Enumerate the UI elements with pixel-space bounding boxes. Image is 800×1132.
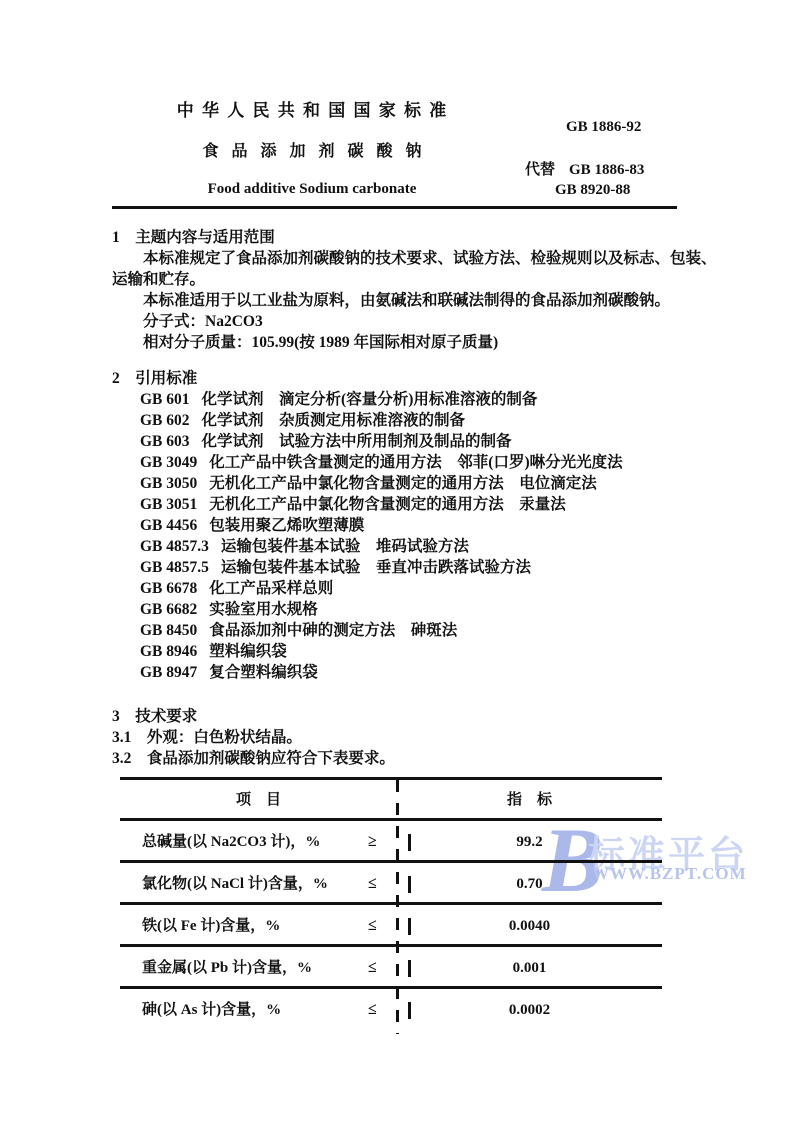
relation-symbol: ≤	[368, 947, 377, 989]
document-title-cn: 食 品 添 加 剂 碳 酸 钠	[112, 138, 512, 161]
reference-item: GB 6682实验室用水规格	[140, 599, 684, 620]
scope-line-1: 本标准规定了食品添加剂碳酸钠的技术要求、试验方法、检验规则以及标志、包装、	[112, 248, 684, 269]
reference-title: 包装用聚乙烯吹塑薄膜	[209, 517, 364, 534]
molecular-formula: 分子式：Na2CO3	[112, 311, 684, 332]
reference-title: 塑料编织袋	[209, 643, 287, 660]
reference-title: 无机化工产品中氯化物含量测定的通用方法 汞量法	[209, 496, 566, 513]
reference-code: GB 8450	[140, 622, 197, 639]
reference-item: GB 4456包装用聚乙烯吹塑薄膜	[140, 515, 684, 536]
reference-title: 运输包装件基本试验 堆码试验方法	[221, 538, 469, 555]
reference-title: 化工产品采样总则	[209, 580, 333, 597]
reference-title: 食品添加剂中砷的测定方法 砷斑法	[209, 622, 457, 639]
relation-symbol: ≤	[368, 989, 377, 1031]
reference-item: GB 603化学试剂 试验方法中所用制剂及制品的制备	[140, 431, 684, 452]
requirements-table: 项 目 指 标 总碱量(以 Na2CO3 计)，% ≥ 99.2 氯化物(以 N…	[120, 777, 662, 1034]
reference-code: GB 8947	[140, 664, 197, 681]
reference-code: GB 602	[140, 412, 190, 429]
reference-item: GB 602化学试剂 杂质测定用标准溶液的制备	[140, 410, 684, 431]
reference-code: GB 6678	[140, 580, 197, 597]
reference-item: GB 4857.3运输包装件基本试验 堆码试验方法	[140, 536, 684, 557]
index-value: 0.001	[397, 947, 662, 989]
item-name: 砷(以 As 计)含量，%	[142, 989, 281, 1031]
clause-3-1: 3.1 外观：白色粉状结晶。	[112, 727, 684, 748]
index-value: 0.70	[397, 863, 662, 905]
replaced-standard-number: GB 1886-83	[569, 162, 644, 178]
table-row: 总碱量(以 Na2CO3 计)，% ≥ 99.2	[120, 821, 662, 863]
reference-title: 化学试剂 杂质测定用标准溶液的制备	[202, 412, 466, 429]
item-name: 氯化物(以 NaCl 计)含量，%	[142, 863, 328, 905]
reference-title: 运输包装件基本试验 垂直冲击跌落试验方法	[221, 559, 531, 576]
column-header-index: 指 标	[397, 780, 662, 818]
reference-title: 化工产品中铁含量测定的通用方法 邻菲(口罗)啉分光光度法	[209, 454, 622, 471]
table-row: 氯化物(以 NaCl 计)含量，% ≤ 0.70	[120, 863, 662, 905]
reference-title: 实验室用水规格	[209, 601, 318, 618]
reference-title: 无机化工产品中氯化物含量测定的通用方法 电位滴定法	[209, 475, 597, 492]
reference-item: GB 8946塑料编织袋	[140, 641, 684, 662]
reference-code: GB 603	[140, 433, 190, 450]
reference-item: GB 6678化工产品采样总则	[140, 578, 684, 599]
reference-code: GB 4857.5	[140, 559, 209, 576]
relation-symbol: ≤	[368, 863, 377, 905]
header-rule	[112, 206, 677, 209]
reference-item: GB 8450食品添加剂中砷的测定方法 砷斑法	[140, 620, 684, 641]
secondary-standard-number: GB 8920-88	[555, 182, 630, 199]
item-name: 总碱量(以 Na2CO3 计)，%	[142, 821, 320, 863]
national-standard-title: 中 华 人 民 共 和 国 国 家 标 准	[112, 96, 512, 121]
reference-code: GB 8946	[140, 643, 197, 660]
item-name: 重金属(以 Pb 计)含量，%	[142, 947, 312, 989]
reference-code: GB 601	[140, 391, 190, 408]
table-row: 铁(以 Fe 计)含量，% ≤ 0.0040	[120, 905, 662, 947]
reference-code: GB 6682	[140, 601, 197, 618]
table-header-row: 项 目 指 标	[120, 780, 662, 821]
reference-code: GB 4456	[140, 517, 197, 534]
replaces-label: 代替	[525, 162, 555, 178]
reference-title: 化学试剂 滴定分析(容量分析)用标准溶液的制备	[202, 391, 538, 408]
reference-item: GB 3051无机化工产品中氯化物含量测定的通用方法 汞量法	[140, 494, 684, 515]
index-value: 0.0002	[397, 989, 662, 1031]
section-2-heading: 2 引用标准	[112, 368, 684, 389]
reference-item: GB 3050无机化工产品中氯化物含量测定的通用方法 电位滴定法	[140, 473, 684, 494]
index-value: 99.2	[397, 821, 662, 863]
reference-item: GB 4857.5运输包装件基本试验 垂直冲击跌落试验方法	[140, 557, 684, 578]
reference-code: GB 3051	[140, 496, 197, 513]
item-name: 铁(以 Fe 计)含量，%	[142, 905, 280, 947]
column-header-item: 项 目	[120, 780, 397, 818]
section-1-heading: 1 主题内容与适用范围	[112, 227, 684, 248]
reference-item: GB 8947复合塑料编织袋	[140, 662, 684, 683]
applicability-line: 本标准适用于以工业盐为原料，由氨碱法和联碱法制得的食品添加剂碳酸钠。	[112, 290, 684, 311]
relative-molar-mass: 相对分子质量：105.99(按 1989 年国际相对原子质量)	[112, 332, 684, 353]
table-row: 砷(以 As 计)含量，% ≤ 0.0002	[120, 989, 662, 1039]
index-value: 0.0040	[397, 905, 662, 947]
reference-code: GB 3049	[140, 454, 197, 471]
document-body: 1 主题内容与适用范围 本标准规定了食品添加剂碳酸钠的技术要求、试验方法、检验规…	[112, 227, 684, 769]
reference-title: 复合塑料编织袋	[209, 664, 318, 681]
clause-3-2: 3.2 食品添加剂碳酸钠应符合下表要求。	[112, 748, 684, 769]
scope-line-2: 运输和贮存。	[112, 269, 684, 290]
relation-symbol: ≥	[368, 821, 377, 863]
table-row: 重金属(以 Pb 计)含量，% ≤ 0.001	[120, 947, 662, 989]
reference-item: GB 3049化工产品中铁含量测定的通用方法 邻菲(口罗)啉分光光度法	[140, 452, 684, 473]
standard-number: GB 1886-92	[566, 119, 641, 136]
reference-list: GB 601化学试剂 滴定分析(容量分析)用标准溶液的制备 GB 602化学试剂…	[112, 389, 684, 683]
table-rows: 总碱量(以 Na2CO3 计)，% ≥ 99.2 氯化物(以 NaCl 计)含量…	[120, 821, 662, 1039]
replaces-line: 代替GB 1886-83	[525, 158, 644, 179]
reference-title: 化学试剂 试验方法中所用制剂及制品的制备	[202, 433, 512, 450]
section-3-heading: 3 技术要求	[112, 706, 684, 727]
document-title-en: Food additive Sodium carbonate	[112, 181, 512, 198]
reference-code: GB 4857.3	[140, 538, 209, 555]
reference-code: GB 3050	[140, 475, 197, 492]
document-page: B 标准平台 WWW.BZPT.COM 中 华 人 民 共 和 国 国 家 标 …	[0, 0, 800, 1132]
reference-item: GB 601化学试剂 滴定分析(容量分析)用标准溶液的制备	[140, 389, 684, 410]
relation-symbol: ≤	[368, 905, 377, 947]
